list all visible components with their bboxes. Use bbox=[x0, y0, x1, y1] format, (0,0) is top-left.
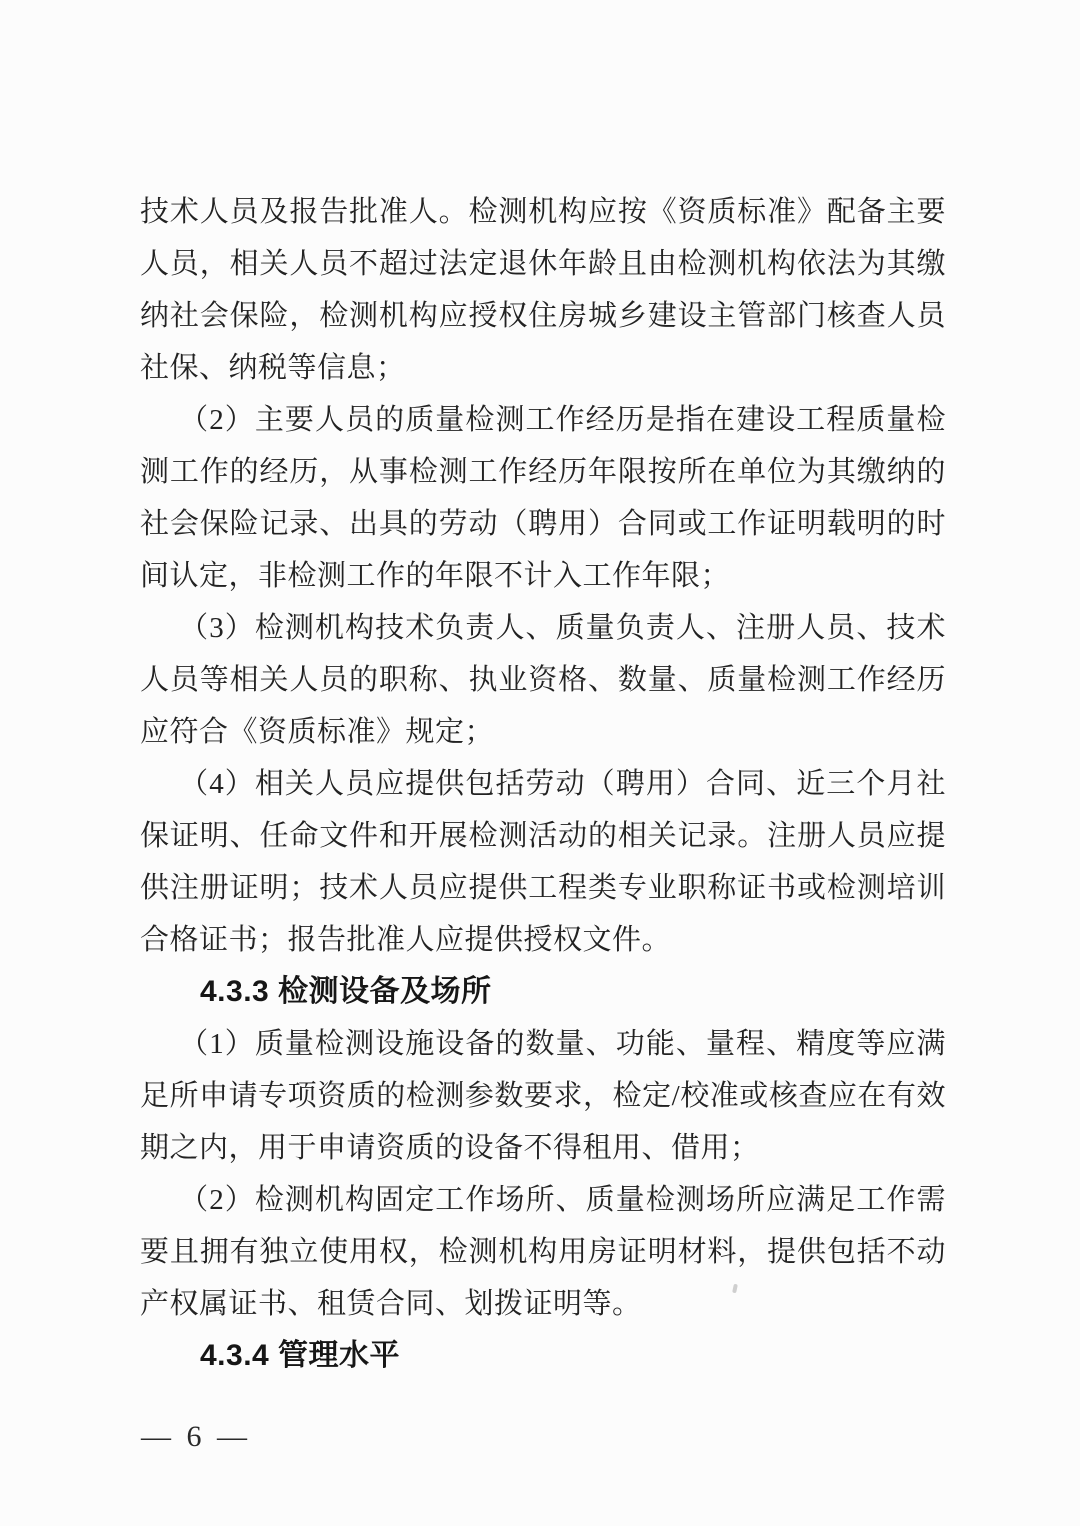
body-paragraph: 技术人员及报告批准人。检测机构应按《资质标准》配备主要人员，相关人员不超过法定退… bbox=[140, 186, 946, 394]
section-heading: 4.3.3 检测设备及场所 bbox=[140, 966, 946, 1018]
text-line: 间认定，非检测工作的年限不计入工作年限； bbox=[140, 550, 946, 602]
text-line: 4.3.3 检测设备及场所 bbox=[140, 966, 946, 1018]
body-paragraph: （3）检测机构技术负责人、质量负责人、注册人员、技术人员等相关人员的职称、执业资… bbox=[140, 602, 946, 758]
text-line: 供注册证明；技术人员应提供工程类专业职称证书或检测培训 bbox=[140, 862, 946, 914]
text-line: （3）检测机构技术负责人、质量负责人、注册人员、技术 bbox=[140, 602, 946, 654]
text-line: 人员等相关人员的职称、执业资格、数量、质量检测工作经历 bbox=[140, 654, 946, 706]
text-line: 纳社会保险，检测机构应授权住房城乡建设主管部门核查人员 bbox=[140, 290, 946, 342]
text-line: 足所申请专项资质的检测参数要求，检定/校准或核查应在有效 bbox=[140, 1070, 946, 1122]
text-line: 期之内，用于申请资质的设备不得租用、借用； bbox=[140, 1122, 946, 1174]
page-number: — 6 — bbox=[141, 1420, 248, 1454]
body-paragraph: （4）相关人员应提供包括劳动（聘用）合同、近三个月社保证明、任命文件和开展检测活… bbox=[140, 758, 946, 966]
body-paragraph: （2）主要人员的质量检测工作经历是指在建设工程质量检测工作的经历，从事检测工作经… bbox=[140, 394, 946, 602]
text-line: （1）质量检测设施设备的数量、功能、量程、精度等应满 bbox=[140, 1018, 946, 1070]
body-paragraph: （2）检测机构固定工作场所、质量检测场所应满足工作需要且拥有独立使用权，检测机构… bbox=[140, 1174, 946, 1330]
text-line: （4）相关人员应提供包括劳动（聘用）合同、近三个月社 bbox=[140, 758, 946, 810]
text-line: （2）主要人员的质量检测工作经历是指在建设工程质量检 bbox=[140, 394, 946, 446]
text-line: 测工作的经历，从事检测工作经历年限按所在单位为其缴纳的 bbox=[140, 446, 946, 498]
text-line: 技术人员及报告批准人。检测机构应按《资质标准》配备主要 bbox=[140, 186, 946, 238]
body-paragraph: （1）质量检测设施设备的数量、功能、量程、精度等应满足所申请专项资质的检测参数要… bbox=[140, 1018, 946, 1174]
text-line: 4.3.4 管理水平 bbox=[140, 1330, 946, 1382]
document-content: 技术人员及报告批准人。检测机构应按《资质标准》配备主要人员，相关人员不超过法定退… bbox=[140, 186, 946, 1382]
section-heading: 4.3.4 管理水平 bbox=[140, 1330, 946, 1382]
text-line: 合格证书；报告批准人应提供授权文件。 bbox=[140, 914, 946, 966]
document-page: 技术人员及报告批准人。检测机构应按《资质标准》配备主要人员，相关人员不超过法定退… bbox=[0, 0, 1080, 1526]
text-line: 应符合《资质标准》规定； bbox=[140, 706, 946, 758]
text-line: 产权属证书、租赁合同、划拨证明等。 bbox=[140, 1278, 946, 1330]
text-line: 要且拥有独立使用权，检测机构用房证明材料，提供包括不动 bbox=[140, 1226, 946, 1278]
text-line: 社会保险记录、出具的劳动（聘用）合同或工作证明载明的时 bbox=[140, 498, 946, 550]
text-line: 保证明、任命文件和开展检测活动的相关记录。注册人员应提 bbox=[140, 810, 946, 862]
text-line: 人员，相关人员不超过法定退休年龄且由检测机构依法为其缴 bbox=[140, 238, 946, 290]
text-line: 社保、纳税等信息； bbox=[140, 342, 946, 394]
text-line: （2）检测机构固定工作场所、质量检测场所应满足工作需 bbox=[140, 1174, 946, 1226]
